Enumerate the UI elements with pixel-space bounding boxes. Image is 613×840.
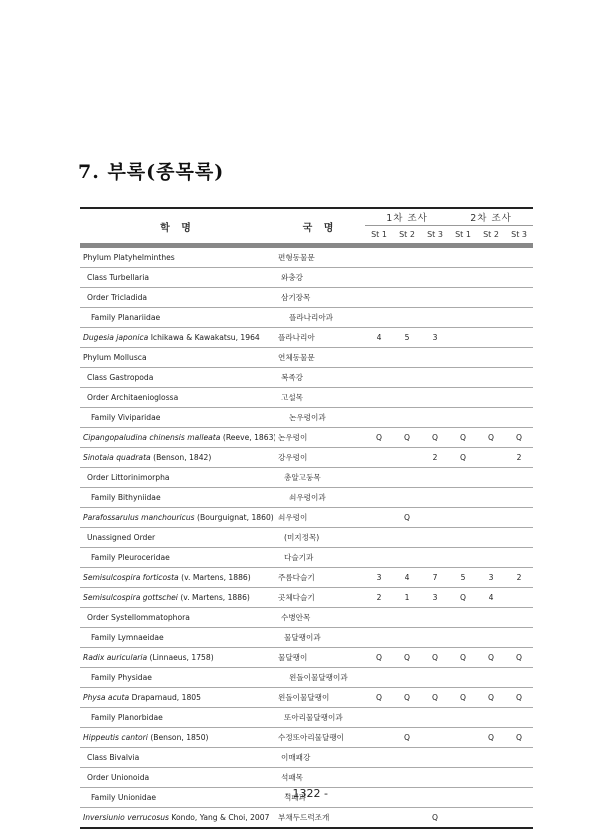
station-value-cell bbox=[393, 348, 421, 368]
korean-name-cell: 수병안목 bbox=[275, 608, 365, 628]
station-value-cell bbox=[393, 708, 421, 728]
taxon-text: (v. Martens, 1886) bbox=[179, 573, 251, 582]
korean-name-cell: 총알고둥목 bbox=[275, 468, 365, 488]
station-value-cell: 4 bbox=[393, 568, 421, 588]
station-value-cell: Q bbox=[421, 648, 449, 668]
taxon-text: Family Planorbidae bbox=[91, 713, 163, 722]
station-value-cell: 5 bbox=[449, 568, 477, 588]
station-value-cell bbox=[505, 628, 533, 648]
taxon-text: Family Pleuroceridae bbox=[91, 553, 170, 562]
station-value-cell bbox=[477, 328, 505, 348]
station-value-cell bbox=[477, 288, 505, 308]
station-value-cell bbox=[449, 808, 477, 829]
korean-name-cell: 왼돌이물달팽이 bbox=[275, 688, 365, 708]
station-value-cell: Q bbox=[393, 648, 421, 668]
taxon-text: (Reeve, 1863) bbox=[220, 433, 275, 442]
taxon-text: Class Bivalvia bbox=[87, 753, 139, 762]
station-value-cell bbox=[365, 808, 393, 829]
station-value-cell: Q bbox=[505, 648, 533, 668]
station-value-cell bbox=[477, 768, 505, 788]
station-value-cell: Q bbox=[477, 648, 505, 668]
station-value-cell bbox=[477, 368, 505, 388]
station-value-cell bbox=[393, 628, 421, 648]
station-value-cell: Q bbox=[449, 428, 477, 448]
scientific-name-cell: Class Turbellaria bbox=[80, 268, 275, 288]
taxon-text: Order Unionoida bbox=[87, 773, 149, 782]
station-value-cell bbox=[505, 348, 533, 368]
station-value-cell bbox=[365, 608, 393, 628]
station-value-cell: Q bbox=[505, 728, 533, 748]
station-value-cell bbox=[365, 768, 393, 788]
table-row: Phylum Mollusca연체동물문 bbox=[80, 348, 533, 368]
taxon-text: Family Bithyniidae bbox=[91, 493, 161, 502]
species-binomial: Radix auricularia bbox=[83, 653, 147, 662]
station-value-cell: Q bbox=[505, 428, 533, 448]
table-row: Unassigned Order(미지정목) bbox=[80, 528, 533, 548]
station-value-cell bbox=[393, 488, 421, 508]
station-value-cell bbox=[505, 808, 533, 829]
station-value-cell bbox=[449, 328, 477, 348]
korean-name-cell: 강우렁이 bbox=[275, 448, 365, 468]
station-value-cell bbox=[393, 288, 421, 308]
species-binomial: Cipangopaludina chinensis malleata bbox=[83, 433, 220, 442]
station-value-cell bbox=[393, 548, 421, 568]
station-value-cell bbox=[365, 728, 393, 748]
station-value-cell bbox=[477, 348, 505, 368]
scientific-name-cell: Order Architaenioglossa bbox=[80, 388, 275, 408]
taxon-text: Family Viviparidae bbox=[91, 413, 160, 422]
korean-name-cell: 부채두드럭조개 bbox=[275, 808, 365, 829]
station-value-cell bbox=[477, 668, 505, 688]
station-value-cell: 4 bbox=[477, 588, 505, 608]
table-row: Class Gastropoda복족강 bbox=[80, 368, 533, 388]
station-value-cell bbox=[421, 748, 449, 768]
station-value-cell bbox=[449, 548, 477, 568]
station-value-cell bbox=[365, 708, 393, 728]
table-row: Order Tricladida삼기장목 bbox=[80, 288, 533, 308]
station-value-cell bbox=[449, 528, 477, 548]
korean-name-cell: 논우렁이과 bbox=[275, 408, 365, 428]
taxon-text: (Benson, 1842) bbox=[151, 453, 212, 462]
header-station: St 3 bbox=[505, 226, 533, 246]
station-value-cell bbox=[365, 548, 393, 568]
station-value-cell bbox=[449, 768, 477, 788]
taxon-text: Draparnaud, 1805 bbox=[129, 693, 201, 702]
station-value-cell bbox=[421, 368, 449, 388]
station-value-cell bbox=[449, 268, 477, 288]
station-value-cell bbox=[421, 388, 449, 408]
station-value-cell bbox=[421, 288, 449, 308]
station-value-cell bbox=[365, 246, 393, 268]
station-value-cell: Q bbox=[449, 688, 477, 708]
station-value-cell bbox=[477, 628, 505, 648]
taxon-text: Order Tricladida bbox=[87, 293, 147, 302]
header-station: St 2 bbox=[477, 226, 505, 246]
korean-name-cell: 쇠우렁이 bbox=[275, 508, 365, 528]
taxon-text: Family Planariidae bbox=[91, 313, 160, 322]
station-value-cell: 4 bbox=[365, 328, 393, 348]
station-value-cell bbox=[449, 246, 477, 268]
station-value-cell bbox=[505, 508, 533, 528]
korean-name-cell: 복족강 bbox=[275, 368, 365, 388]
station-value-cell bbox=[505, 548, 533, 568]
header-station: St 2 bbox=[393, 226, 421, 246]
station-value-cell bbox=[449, 728, 477, 748]
station-value-cell bbox=[393, 388, 421, 408]
korean-name-cell: 와충강 bbox=[275, 268, 365, 288]
station-value-cell bbox=[421, 268, 449, 288]
table-row: Radix auricularia (Linnaeus, 1758)물달팽이QQ… bbox=[80, 648, 533, 668]
korean-name-cell: 물달팽이 bbox=[275, 648, 365, 668]
station-value-cell bbox=[477, 548, 505, 568]
scientific-name-cell: Inversiunio verrucosus Kondo, Yang & Cho… bbox=[80, 808, 275, 829]
scientific-name-cell: Parafossarulus manchouricus (Bourguignat… bbox=[80, 508, 275, 528]
taxon-text: Unassigned Order bbox=[87, 533, 155, 542]
station-value-cell bbox=[421, 528, 449, 548]
species-binomial: Physa acuta bbox=[83, 693, 129, 702]
station-value-cell bbox=[477, 308, 505, 328]
station-value-cell bbox=[365, 668, 393, 688]
taxon-text: Class Turbellaria bbox=[87, 273, 149, 282]
station-value-cell bbox=[449, 368, 477, 388]
station-value-cell: Q bbox=[477, 688, 505, 708]
station-value-cell bbox=[477, 488, 505, 508]
station-value-cell bbox=[393, 808, 421, 829]
species-binomial: Hippeutis cantori bbox=[83, 733, 148, 742]
taxon-text: Kondo, Yang & Choi, 2007 bbox=[169, 813, 269, 822]
taxon-text: (Benson, 1850) bbox=[148, 733, 209, 742]
station-value-cell: 1 bbox=[393, 588, 421, 608]
korean-name-cell: (미지정목) bbox=[275, 528, 365, 548]
scientific-name-cell: Class Bivalvia bbox=[80, 748, 275, 768]
station-value-cell bbox=[505, 368, 533, 388]
species-list-table: 학 명 국 명 1차 조사 2차 조사 St 1 St 2 St 3 St 1 … bbox=[80, 207, 533, 829]
species-binomial: Inversiunio verrucosus bbox=[83, 813, 169, 822]
table-row: Class Bivalvia이매패강 bbox=[80, 748, 533, 768]
station-value-cell bbox=[421, 708, 449, 728]
station-value-cell bbox=[421, 768, 449, 788]
station-value-cell bbox=[421, 488, 449, 508]
table-row: Cipangopaludina chinensis malleata (Reev… bbox=[80, 428, 533, 448]
station-value-cell: 3 bbox=[421, 588, 449, 608]
station-value-cell bbox=[505, 408, 533, 428]
scientific-name-cell: Family Viviparidae bbox=[80, 408, 275, 428]
station-value-cell bbox=[505, 328, 533, 348]
korean-name-cell: 고설목 bbox=[275, 388, 365, 408]
station-value-cell: Q bbox=[393, 428, 421, 448]
scientific-name-cell: Family Planariidae bbox=[80, 308, 275, 328]
species-binomial: Semisulcospira gottschei bbox=[83, 593, 178, 602]
station-value-cell: 2 bbox=[505, 448, 533, 468]
header-scientific-name: 학 명 bbox=[80, 208, 275, 246]
taxon-text: (Linnaeus, 1758) bbox=[147, 653, 214, 662]
station-value-cell bbox=[477, 748, 505, 768]
station-value-cell bbox=[365, 488, 393, 508]
station-value-cell bbox=[505, 668, 533, 688]
page-number: - 1322 - bbox=[0, 787, 613, 800]
station-value-cell: 2 bbox=[421, 448, 449, 468]
station-value-cell bbox=[393, 246, 421, 268]
scientific-name-cell: Family Bithyniidae bbox=[80, 488, 275, 508]
korean-name-cell: 플라나리아 bbox=[275, 328, 365, 348]
station-value-cell bbox=[449, 308, 477, 328]
station-value-cell bbox=[449, 488, 477, 508]
table-row: Semisulcospira forticosta (v. Martens, 1… bbox=[80, 568, 533, 588]
station-value-cell: Q bbox=[477, 428, 505, 448]
station-value-cell bbox=[477, 408, 505, 428]
station-value-cell bbox=[449, 608, 477, 628]
station-value-cell bbox=[393, 528, 421, 548]
scientific-name-cell: Phylum Mollusca bbox=[80, 348, 275, 368]
station-value-cell bbox=[365, 368, 393, 388]
table-row: Dugesia japonica Ichikawa & Kawakatsu, 1… bbox=[80, 328, 533, 348]
station-value-cell: Q bbox=[421, 688, 449, 708]
station-value-cell bbox=[421, 508, 449, 528]
table-row: Order Unionoida석패목 bbox=[80, 768, 533, 788]
scientific-name-cell: Phylum Platyhelminthes bbox=[80, 246, 275, 268]
station-value-cell bbox=[393, 608, 421, 628]
station-value-cell: 5 bbox=[393, 328, 421, 348]
station-value-cell bbox=[421, 548, 449, 568]
station-value-cell: Q bbox=[505, 688, 533, 708]
korean-name-cell: 또아리물달팽이과 bbox=[275, 708, 365, 728]
station-value-cell bbox=[393, 268, 421, 288]
korean-name-cell: 석패목 bbox=[275, 768, 365, 788]
station-value-cell bbox=[477, 808, 505, 829]
taxon-text: Family Lymnaeidae bbox=[91, 633, 164, 642]
station-value-cell bbox=[365, 288, 393, 308]
header-station: St 3 bbox=[421, 226, 449, 246]
korean-name-cell: 플라나리아과 bbox=[275, 308, 365, 328]
header-korean-name: 국 명 bbox=[275, 208, 365, 246]
scientific-name-cell: Cipangopaludina chinensis malleata (Reev… bbox=[80, 428, 275, 448]
station-value-cell bbox=[421, 308, 449, 328]
taxon-text: Order Littorinimorpha bbox=[87, 473, 170, 482]
species-binomial: Parafossarulus manchouricus bbox=[83, 513, 195, 522]
species-binomial: Sinotaia quadrata bbox=[83, 453, 151, 462]
station-value-cell bbox=[393, 308, 421, 328]
table-body: Phylum Platyhelminthes편형동물문Class Turbell… bbox=[80, 246, 533, 829]
korean-name-cell: 편형동물문 bbox=[275, 246, 365, 268]
station-value-cell bbox=[477, 448, 505, 468]
station-value-cell bbox=[505, 608, 533, 628]
station-value-cell: Q bbox=[393, 728, 421, 748]
scientific-name-cell: Radix auricularia (Linnaeus, 1758) bbox=[80, 648, 275, 668]
table-row: Family Planariidae플라나리아과 bbox=[80, 308, 533, 328]
station-value-cell: Q bbox=[365, 688, 393, 708]
station-value-cell bbox=[505, 588, 533, 608]
station-value-cell bbox=[393, 468, 421, 488]
scientific-name-cell: Family Pleuroceridae bbox=[80, 548, 275, 568]
station-value-cell bbox=[421, 628, 449, 648]
station-value-cell bbox=[393, 408, 421, 428]
station-value-cell: Q bbox=[421, 808, 449, 829]
station-value-cell: Q bbox=[449, 648, 477, 668]
scientific-name-cell: Class Gastropoda bbox=[80, 368, 275, 388]
station-value-cell bbox=[477, 246, 505, 268]
korean-name-cell: 곳체다슬기 bbox=[275, 588, 365, 608]
station-value-cell bbox=[505, 528, 533, 548]
station-value-cell bbox=[421, 728, 449, 748]
taxon-text: Phylum Mollusca bbox=[83, 353, 147, 362]
scientific-name-cell: Family Planorbidae bbox=[80, 708, 275, 728]
table-row: Family Viviparidae논우렁이과 bbox=[80, 408, 533, 428]
taxon-text: Class Gastropoda bbox=[87, 373, 153, 382]
header-row-1: 학 명 국 명 1차 조사 2차 조사 bbox=[80, 208, 533, 226]
station-value-cell: Q bbox=[421, 428, 449, 448]
taxon-text: Ichikawa & Kawakatsu, 1964 bbox=[148, 333, 259, 342]
station-value-cell bbox=[449, 388, 477, 408]
scientific-name-cell: Dugesia japonica Ichikawa & Kawakatsu, 1… bbox=[80, 328, 275, 348]
station-value-cell bbox=[421, 408, 449, 428]
scientific-name-cell: Order Tricladida bbox=[80, 288, 275, 308]
station-value-cell: 3 bbox=[421, 328, 449, 348]
table-row: Family Lymnaeidae물달팽이과 bbox=[80, 628, 533, 648]
station-value-cell bbox=[505, 388, 533, 408]
korean-name-cell: 수정또아리물달팽이 bbox=[275, 728, 365, 748]
station-value-cell bbox=[505, 308, 533, 328]
table-row: Physa acuta Draparnaud, 1805왼돌이물달팽이QQQQQ… bbox=[80, 688, 533, 708]
taxon-text: Family Physidae bbox=[91, 673, 152, 682]
station-value-cell: Q bbox=[365, 648, 393, 668]
station-value-cell bbox=[365, 508, 393, 528]
table-row: Family Planorbidae또아리물달팽이과 bbox=[80, 708, 533, 728]
station-value-cell: Q bbox=[449, 448, 477, 468]
station-value-cell bbox=[477, 528, 505, 548]
station-value-cell bbox=[505, 488, 533, 508]
station-value-cell bbox=[449, 468, 477, 488]
table-row: Family Pleuroceridae다슬기과 bbox=[80, 548, 533, 568]
station-value-cell: Q bbox=[449, 588, 477, 608]
station-value-cell bbox=[393, 368, 421, 388]
station-value-cell bbox=[449, 348, 477, 368]
station-value-cell bbox=[365, 448, 393, 468]
station-value-cell bbox=[505, 748, 533, 768]
station-value-cell bbox=[477, 508, 505, 528]
taxon-text: (v. Martens, 1886) bbox=[178, 593, 250, 602]
station-value-cell: Q bbox=[365, 428, 393, 448]
station-value-cell bbox=[449, 748, 477, 768]
station-value-cell bbox=[365, 268, 393, 288]
station-value-cell bbox=[449, 288, 477, 308]
station-value-cell bbox=[365, 528, 393, 548]
station-value-cell bbox=[393, 748, 421, 768]
station-value-cell bbox=[449, 508, 477, 528]
station-value-cell bbox=[365, 308, 393, 328]
korean-name-cell: 주름다슬기 bbox=[275, 568, 365, 588]
scientific-name-cell: Hippeutis cantori (Benson, 1850) bbox=[80, 728, 275, 748]
station-value-cell bbox=[393, 768, 421, 788]
station-value-cell bbox=[505, 268, 533, 288]
station-value-cell bbox=[477, 608, 505, 628]
korean-name-cell: 논우렁이 bbox=[275, 428, 365, 448]
station-value-cell bbox=[477, 468, 505, 488]
table-row: Phylum Platyhelminthes편형동물문 bbox=[80, 246, 533, 268]
scientific-name-cell: Sinotaia quadrata (Benson, 1842) bbox=[80, 448, 275, 468]
station-value-cell: Q bbox=[477, 728, 505, 748]
station-value-cell bbox=[505, 288, 533, 308]
station-value-cell bbox=[365, 348, 393, 368]
header-station: St 1 bbox=[449, 226, 477, 246]
table-row: Family Bithyniidae쇠우렁이과 bbox=[80, 488, 533, 508]
station-value-cell: 3 bbox=[365, 568, 393, 588]
station-value-cell bbox=[365, 628, 393, 648]
header-station: St 1 bbox=[365, 226, 393, 246]
station-value-cell bbox=[505, 768, 533, 788]
station-value-cell: 3 bbox=[477, 568, 505, 588]
station-value-cell: 2 bbox=[505, 568, 533, 588]
station-value-cell bbox=[505, 468, 533, 488]
scientific-name-cell: Semisulcospira forticosta (v. Martens, 1… bbox=[80, 568, 275, 588]
scientific-name-cell: Family Lymnaeidae bbox=[80, 628, 275, 648]
table-row: Parafossarulus manchouricus (Bourguignat… bbox=[80, 508, 533, 528]
scientific-name-cell: Order Unionoida bbox=[80, 768, 275, 788]
table-row: Inversiunio verrucosus Kondo, Yang & Cho… bbox=[80, 808, 533, 829]
station-value-cell bbox=[365, 468, 393, 488]
station-value-cell bbox=[449, 408, 477, 428]
section-title: 7. 부록(종목록) bbox=[78, 157, 224, 184]
taxon-text: Order Systellommatophora bbox=[87, 613, 190, 622]
station-value-cell bbox=[365, 388, 393, 408]
scientific-name-cell: Physa acuta Draparnaud, 1805 bbox=[80, 688, 275, 708]
korean-name-cell: 이매패강 bbox=[275, 748, 365, 768]
station-value-cell bbox=[421, 608, 449, 628]
station-value-cell bbox=[421, 468, 449, 488]
station-value-cell bbox=[393, 668, 421, 688]
scientific-name-cell: Order Systellommatophora bbox=[80, 608, 275, 628]
table-row: Semisulcospira gottschei (v. Martens, 18… bbox=[80, 588, 533, 608]
station-value-cell bbox=[505, 246, 533, 268]
station-value-cell bbox=[421, 246, 449, 268]
station-value-cell: 2 bbox=[365, 588, 393, 608]
station-value-cell bbox=[477, 708, 505, 728]
station-value-cell: 7 bbox=[421, 568, 449, 588]
species-binomial: Semisulcospira forticosta bbox=[83, 573, 179, 582]
table-row: Sinotaia quadrata (Benson, 1842)강우렁이2Q2 bbox=[80, 448, 533, 468]
station-value-cell bbox=[393, 448, 421, 468]
taxon-text: Order Architaenioglossa bbox=[87, 393, 178, 402]
station-value-cell bbox=[505, 708, 533, 728]
header-survey-2: 2차 조사 bbox=[449, 208, 533, 226]
station-value-cell bbox=[477, 388, 505, 408]
scientific-name-cell: Semisulcospira gottschei (v. Martens, 18… bbox=[80, 588, 275, 608]
korean-name-cell: 다슬기과 bbox=[275, 548, 365, 568]
station-value-cell: Q bbox=[393, 688, 421, 708]
scientific-name-cell: Unassigned Order bbox=[80, 528, 275, 548]
station-value-cell bbox=[421, 348, 449, 368]
taxon-text: (Bourguignat, 1860) bbox=[195, 513, 274, 522]
table-row: Order Littorinimorpha총알고둥목 bbox=[80, 468, 533, 488]
station-value-cell bbox=[421, 668, 449, 688]
station-value-cell bbox=[449, 708, 477, 728]
station-value-cell bbox=[449, 628, 477, 648]
table-row: Hippeutis cantori (Benson, 1850)수정또아리물달팽… bbox=[80, 728, 533, 748]
table-row: Family Physidae왼돌이물달팽이과 bbox=[80, 668, 533, 688]
station-value-cell bbox=[477, 268, 505, 288]
scientific-name-cell: Family Physidae bbox=[80, 668, 275, 688]
station-value-cell bbox=[449, 668, 477, 688]
korean-name-cell: 삼기장목 bbox=[275, 288, 365, 308]
station-value-cell bbox=[365, 748, 393, 768]
taxon-text: Phylum Platyhelminthes bbox=[83, 253, 175, 262]
scientific-name-cell: Order Littorinimorpha bbox=[80, 468, 275, 488]
table-row: Class Turbellaria와충강 bbox=[80, 268, 533, 288]
station-value-cell: Q bbox=[393, 508, 421, 528]
table-row: Order Systellommatophora수병안목 bbox=[80, 608, 533, 628]
header-survey-1: 1차 조사 bbox=[365, 208, 449, 226]
korean-name-cell: 물달팽이과 bbox=[275, 628, 365, 648]
korean-name-cell: 쇠우렁이과 bbox=[275, 488, 365, 508]
